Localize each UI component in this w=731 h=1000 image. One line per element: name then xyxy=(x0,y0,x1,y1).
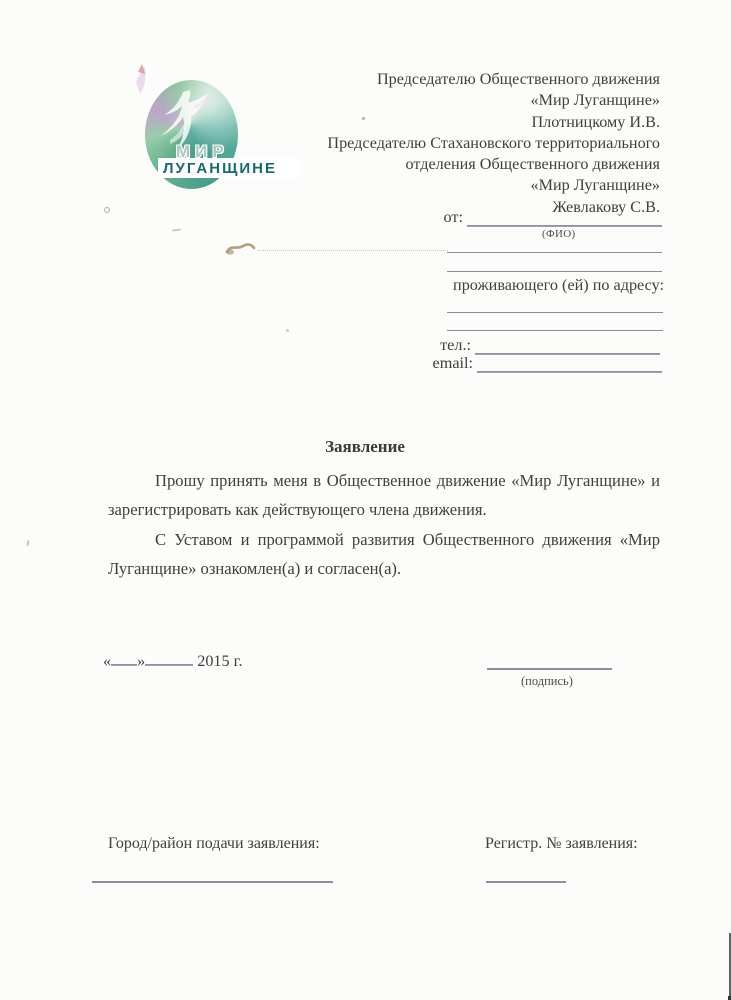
reg-number-label: Регистр. № заявления: xyxy=(485,835,638,853)
quote-close: » xyxy=(137,652,145,670)
phone-label: тел.: xyxy=(440,336,471,355)
scan-smudge xyxy=(224,239,256,259)
address-blank-field xyxy=(447,312,663,314)
scanned-application-page: МИР ЛУГАНЩИНЕ Председателю Общественного… xyxy=(0,0,731,1000)
fio-blank-field xyxy=(467,212,662,227)
document-title: Заявление xyxy=(89,437,641,457)
phone-row: тел.: xyxy=(440,336,660,355)
signature-caption: (подпись) xyxy=(521,674,573,689)
city-label: Город/район подачи заявления: xyxy=(108,835,320,853)
recipient-line: отделения Общественного движения xyxy=(240,154,660,175)
day-blank-field xyxy=(111,651,137,666)
paragraph: Прошу принять меня в Общественное движен… xyxy=(108,466,660,525)
scan-speck xyxy=(104,207,110,213)
fio-caption: (ФИО) xyxy=(542,228,575,240)
signature-blank-field xyxy=(487,668,612,670)
address-blank-field xyxy=(447,330,663,332)
recipient-line: Председателю Общественного движения xyxy=(240,69,660,90)
month-blank-field xyxy=(145,651,193,666)
recipient-line: «Мир Луганщине» xyxy=(240,90,660,111)
reg-number-blank-field xyxy=(486,881,566,883)
year-label: 2015 г. xyxy=(197,652,242,670)
recipient-block: Председателю Общественного движения «Мир… xyxy=(240,69,660,218)
recipient-line: «Мир Луганщине» xyxy=(240,175,660,196)
scan-faint-line xyxy=(258,250,448,251)
fio-blank-field xyxy=(447,271,662,273)
scan-speck xyxy=(286,329,289,332)
from-row: от: xyxy=(444,208,662,227)
scan-speck xyxy=(172,228,181,231)
email-blank-field xyxy=(477,358,662,373)
from-label: от: xyxy=(444,208,463,227)
recipient-line: Председателю Стахановского территориальн… xyxy=(240,133,660,154)
scan-speck xyxy=(26,540,29,546)
email-label: email: xyxy=(433,354,473,373)
city-blank-field xyxy=(92,881,333,883)
fio-blank-field xyxy=(447,252,662,254)
quote-open: « xyxy=(103,652,111,670)
phone-blank-field xyxy=(475,340,660,355)
application-text: Прошу принять меня в Общественное движен… xyxy=(108,466,660,584)
date-row: «» 2015 г. xyxy=(103,651,243,671)
address-label: проживающего (ей) по адресу: xyxy=(453,276,664,295)
paragraph: С Уставом и программой развития Обществе… xyxy=(108,525,660,584)
recipient-line: Плотницкому И.В. xyxy=(240,112,660,133)
email-row: email: xyxy=(433,354,662,373)
address-label-row: проживающего (ей) по адресу: xyxy=(453,276,664,295)
